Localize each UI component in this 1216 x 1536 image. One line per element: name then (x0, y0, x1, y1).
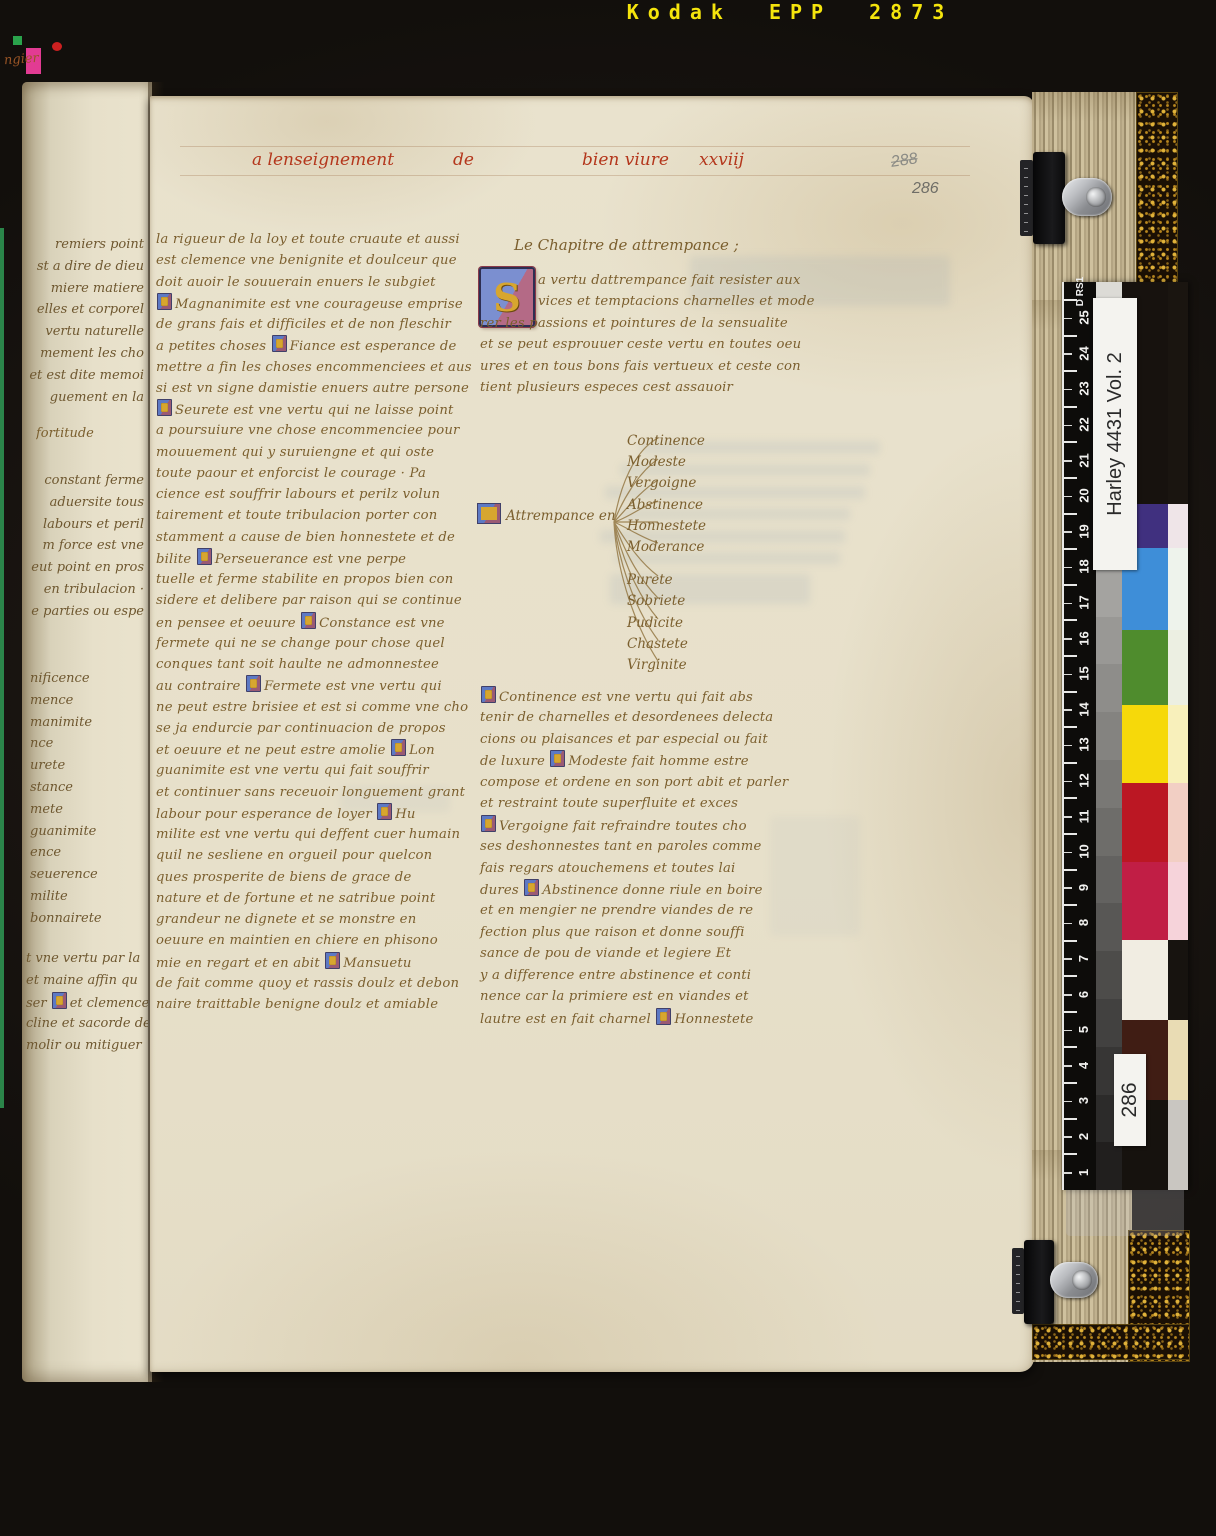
manuscript-page: a lenseignement de bien viure xxviij 288… (150, 96, 1034, 1372)
ruler-number: 14 (1064, 692, 1098, 728)
tint-patch-crimson (1168, 862, 1188, 940)
ruler-number: 15 (1064, 656, 1098, 692)
fore-edge-middle (1032, 300, 1062, 1200)
virtue-item: Chastete (627, 634, 706, 655)
manuscript-text-line: cions ou plaisances et par especial ou f… (480, 729, 810, 750)
illuminated-initial (301, 612, 316, 629)
tint-patch-purple (1168, 504, 1188, 548)
virtue-item: Vergoigne (627, 473, 706, 494)
manuscript-text-line: au contraire Fermete est vne vertu qui (156, 675, 462, 696)
facing-page-text-line: elles et corporel (22, 299, 144, 321)
manuscript-text-line: nature et de fortune et ne satribue poin… (156, 888, 462, 909)
ruler-number: 7 (1064, 941, 1098, 977)
grayscale-step (1096, 712, 1122, 760)
grayscale-step (1096, 856, 1122, 904)
manuscript-text-line: lautre est en fait charnel Honnestete (480, 1008, 810, 1029)
manuscript-text-line: tient plusieurs especes cest assauoir (480, 377, 810, 398)
virtue-item: Abstinence (627, 495, 706, 516)
right-column-paragraph-2: Continence est vne vertu qui fait absten… (480, 686, 810, 1029)
grayscale-step (1096, 664, 1122, 712)
binder-clip-top-handle (1062, 178, 1112, 216)
manuscript-text-line: et se peut esprouuer ceste vertu en tout… (480, 334, 810, 355)
illuminated-initial (325, 952, 340, 969)
film-edge-speck-green (13, 36, 22, 45)
manuscript-text-line: stamment a cause de bien honnestete et d… (156, 527, 462, 548)
facing-page-text-line: mence (30, 690, 152, 712)
virtue-list: ContinenceModesteVergoigneAbstinenceHonn… (627, 431, 706, 676)
grayscale-step (1096, 617, 1122, 665)
facing-page-text-line: mement les cho (22, 343, 144, 365)
manuscript-text-line: de grans fais et difficiles et de non fl… (156, 314, 462, 335)
binder-clip-bottom-handle (1050, 1262, 1098, 1298)
manuscript-text-line: tairement et toute tribulacion porter co… (156, 505, 462, 526)
facing-page-text-line: remiers point (22, 234, 144, 256)
manuscript-text-line: ne peut estre brisiee et est si comme vn… (156, 697, 462, 718)
facing-page-text-line: et maine affin qu (26, 970, 148, 992)
manuscript-text-line: ques prosperite de biens de grace de (156, 867, 462, 888)
tint-patch-white (1168, 940, 1188, 1020)
clip-rivet (1086, 187, 1106, 207)
color-patch-green (1122, 630, 1168, 705)
manuscript-text-line: oeuure en maintien en chiere en phisono (156, 930, 462, 951)
manuscript-text-line: labour pour esperance de loyer Hu (156, 803, 462, 824)
illuminated-initial (481, 815, 496, 832)
binder-clip-bottom-side (1012, 1248, 1024, 1314)
grayscale-step (1096, 951, 1122, 999)
manuscript-text-line: et oeuure et ne peut estre amolie Lon (156, 739, 462, 760)
manuscript-text-line: de luxure Modeste fait homme estre (480, 750, 810, 771)
facing-page-text-line: molir ou mitiguer (26, 1035, 148, 1057)
facing-page-text-line: miere matiere (22, 278, 144, 300)
photograph-of-manuscript: Kodak EPP 2873 remiers pointst a dire de… (0, 0, 1216, 1536)
facing-page-text-line: e parties ou espe (22, 601, 144, 623)
grayscale-step (1096, 1142, 1122, 1190)
illuminated-initial (391, 739, 406, 756)
manuscript-text-line: en pensee et oeuure Constance est vne (156, 612, 462, 633)
virtue-diagram-label: Attrempance en (477, 503, 616, 524)
facing-page-text-line: et est dite memoi (22, 365, 144, 387)
color-patch-red (1122, 783, 1168, 862)
ruling-line (180, 175, 970, 176)
virtue-item: Pudicite (627, 613, 706, 634)
facing-page-text-group2: constant fermeaduersite touslabours et p… (22, 470, 146, 623)
manuscript-text-line: vices et temptacions charnelles et mode (538, 291, 810, 312)
facing-page-text-line: constant ferme (22, 470, 144, 492)
ruler-number: 3 (1064, 1083, 1098, 1119)
manuscript-text-line: cience est souffrir labours et perilz vo… (156, 484, 462, 505)
manuscript-text-line: compose et ordene en son port abit et pa… (480, 772, 810, 793)
facing-page-text-group4: t vne vertu par laet maine affin quser e… (22, 948, 148, 1057)
illuminated-initial (550, 750, 565, 767)
manuscript-text-line: a vertu dattrempance fait resister aux (538, 270, 810, 291)
facing-page-text-line: guement en la (22, 387, 144, 409)
manuscript-text-line: ures et en tous bons fais vertueux et ce… (480, 356, 810, 377)
manuscript-text-line: tenir de charnelles et desordenees delec… (480, 707, 810, 728)
ruler-number: 5 (1064, 1012, 1098, 1048)
manuscript-text-line: nence car la primiere est en viandes et (480, 986, 810, 1007)
manuscript-text-line: fais regars atouchemens et toutes lai (480, 858, 810, 879)
manuscript-text-line: mouuement qui y suruiengne et qui oste (156, 442, 462, 463)
illuminated-initial (246, 675, 261, 692)
manuscript-text-line: sance de pou de viande et legiere Et (480, 943, 810, 964)
manuscript-text-line: sidere et delibere par raison qui se con… (156, 590, 462, 611)
tint-patch-green (1168, 630, 1188, 705)
folio-sticker-text: 286 (1114, 1054, 1146, 1146)
ruler-number: 17 (1064, 585, 1098, 621)
binder-clip-top (1033, 152, 1065, 244)
facing-page-text-line: aduersite tous (22, 492, 144, 514)
facing-page-text-line: manimite (30, 712, 152, 734)
gilt-binding-top (1136, 92, 1178, 304)
illuminated-initial (377, 803, 392, 820)
virtue-item: Honnestete (627, 516, 706, 537)
ruler-number: 10 (1064, 834, 1098, 870)
film-stock-label: Kodak EPP 2873 (565, 0, 1015, 26)
illuminated-initial (524, 879, 539, 896)
illuminated-initial (481, 686, 496, 703)
manuscript-text-line: et continuer sans receuoir longuement gr… (156, 782, 462, 803)
grayscale-step (1096, 903, 1122, 951)
ruler-number: 9 (1064, 870, 1098, 906)
facing-page-text-group3: nificencemencemanimitenceuretestancemete… (22, 668, 152, 930)
manuscript-text-line: dures Abstinence donne riule en boire (480, 879, 810, 900)
gilt-binding-bottom-horizontal (1032, 1324, 1190, 1360)
facing-page-text-line: nificence (30, 668, 152, 690)
grayscale-step (1096, 760, 1122, 808)
running-header-part1: a lenseignement (252, 150, 394, 170)
color-patch-yellow (1122, 705, 1168, 783)
facing-page-text-line: milite (30, 886, 152, 908)
binder-clip-top-side (1020, 160, 1033, 236)
manuscript-text-line: mie en regart et en abit Mansuetu (156, 952, 462, 973)
illuminated-initial (52, 992, 67, 1009)
illuminated-initial (157, 399, 172, 416)
facing-page-text-line: guanimite (30, 821, 152, 843)
virtue-item: Sobriete (627, 591, 706, 612)
facing-page-header-fragment: ngier (4, 51, 40, 68)
facing-page-text-line: seuerence (30, 864, 152, 886)
film-edge-speck-red (52, 42, 62, 51)
virtue-item: Moderance (627, 537, 706, 558)
facing-page-text-line: cline et sacorde de (26, 1013, 148, 1035)
virtue-item: Continence (627, 431, 706, 452)
tint-patch-yellow (1168, 705, 1188, 783)
manuscript-text-line: doit auoir le souuerain enuers le subgie… (156, 272, 462, 293)
grayscale-step (1096, 999, 1122, 1047)
manuscript-text-line: et restraint toute superfluite et exces (480, 793, 810, 814)
facing-page-text-line: t vne vertu par la (26, 948, 148, 970)
facing-page-text-line: en tribulacion · (22, 579, 144, 601)
right-column-paragraph-1: a vertu dattrempance fait resister auxvi… (480, 270, 810, 399)
facing-page-text-line: eut point en pros (22, 557, 144, 579)
manuscript-text-line: Continence est vne vertu qui fait abs (480, 686, 810, 707)
color-calibration-bar: D RS1 2524232221201918171615141312111098… (1062, 282, 1188, 1190)
folio-number: 286 (912, 180, 939, 198)
facing-page-text-line: stance (30, 777, 152, 799)
manuscript-text-line: conques tant soit haulte ne admonnestee (156, 654, 462, 675)
ruler-number: 13 (1064, 727, 1098, 763)
manuscript-text-line: la rigueur de la loy et toute cruaute et… (156, 229, 462, 250)
manuscript-text-line: Vergoigne fait refraindre toutes cho (480, 815, 810, 836)
tint-patch-black-bottom (1168, 1100, 1188, 1190)
facing-page-text-group1: remiers pointst a dire de dieumiere mati… (22, 234, 146, 408)
illuminated-initial (197, 548, 212, 565)
tint-patch-black-top (1168, 282, 1188, 504)
running-header-part2: de (453, 150, 474, 170)
illuminated-initial (157, 293, 172, 310)
grayscale-step (1096, 569, 1122, 617)
facing-page-text-line: ence (30, 842, 152, 864)
manuscript-text-line: est clemence vne benignite et doulceur q… (156, 250, 462, 271)
ruler-number: 6 (1064, 976, 1098, 1012)
ruler-number: 12 (1064, 763, 1098, 799)
manuscript-text-line: bilite Perseuerance est vne perpe (156, 548, 462, 569)
manuscript-text-line: si est vn signe damistie enuers autre pe… (156, 378, 462, 399)
ruler-number: 2 (1064, 1119, 1098, 1155)
facing-page-text-line: mete (30, 799, 152, 821)
ruler-number: 8 (1064, 905, 1098, 941)
calibration-bar-translucent-end (1066, 1190, 1184, 1236)
manuscript-text-line: Magnanimite est vne courageuse emprise (156, 293, 462, 314)
facing-page-text-line: nce (30, 733, 152, 755)
manuscript-text-line: fection plus que raison et donne souffi (480, 922, 810, 943)
facing-page-text-line: urete (30, 755, 152, 777)
shelfmark-label-text: Harley 4431 Vol. 2 (1093, 298, 1137, 570)
chapter-heading: Le Chapitre de attrempance ; (514, 236, 739, 254)
manuscript-text-line: mettre a fin les choses encommenciees et… (156, 357, 462, 378)
folio-number-crossed-out: 288 (890, 150, 919, 172)
illuminated-initial (272, 335, 287, 352)
manuscript-text-line: a poursuiure vne chose encommenciee pour (156, 420, 462, 441)
virtue-item: Modeste (627, 452, 706, 473)
facing-page-text-line: bonnairete (30, 908, 152, 930)
left-text-column: la rigueur de la loy et toute cruaute et… (156, 229, 462, 1015)
manuscript-text-line: toute paour et enforcist le courage · Pa (156, 463, 462, 484)
manuscript-text-line: naire traittable benigne doulz et amiabl… (156, 994, 462, 1015)
tint-patch-blue (1168, 548, 1188, 630)
ruling-line (180, 146, 970, 147)
tint-patch-brown (1168, 1020, 1188, 1100)
manuscript-text-line: a petites choses Fiance est esperance de (156, 335, 462, 356)
manuscript-text-line: Seurete est vne vertu qui ne laisse poin… (156, 399, 462, 420)
manuscript-text-line: y a difference entre abstinence et conti (480, 965, 810, 986)
tint-patch-red (1168, 783, 1188, 862)
manuscript-text-line: fermete qui ne se change pour chose quel (156, 633, 462, 654)
grayscale-step (1096, 808, 1122, 856)
manuscript-text-line: de fait comme quoy et rassis doulz et de… (156, 973, 462, 994)
manuscript-text-line: quil ne sesliene en orgueil pour quelcon (156, 845, 462, 866)
facing-page-text-line: st a dire de dieu (22, 256, 144, 278)
virtue-item: Virginite (627, 655, 706, 676)
manuscript-text-line: ses deshonnestes tant en paroles comme (480, 836, 810, 857)
manuscript-text-line: guanimite est vne vertu qui fait souffri… (156, 760, 462, 781)
ruler-number: 4 (1064, 1047, 1098, 1083)
manuscript-text-line: se ja endurcie par continuacion de propo… (156, 718, 462, 739)
illuminated-initial (477, 503, 501, 524)
color-patch-crimson (1122, 862, 1168, 940)
running-header-numeral: xxviij (699, 150, 744, 170)
color-patch-white (1122, 940, 1168, 1020)
facing-page-text-line: ser et clemence (26, 992, 148, 1014)
ruler-number: 16 (1064, 620, 1098, 656)
facing-page-text-line: labours et peril (22, 514, 144, 536)
manuscript-text-line: milite est vne vertu qui deffent cuer hu… (156, 824, 462, 845)
manuscript-text-line: tuelle et ferme stabilite en propos bien… (156, 569, 462, 590)
tint-patch-strip (1168, 282, 1188, 1190)
manuscript-text-line: et en mengier ne prendre viandes de re (480, 900, 810, 921)
ruler-number: 1 (1064, 1154, 1098, 1190)
shelfmark-label: Harley 4431 Vol. 2 (1093, 298, 1137, 570)
manuscript-text-line: grandeur ne dignete et se monstre en (156, 909, 462, 930)
facing-page-text-line: m force est vne (22, 535, 144, 557)
ruler-number: 11 (1064, 798, 1098, 834)
illuminated-initial (656, 1008, 671, 1025)
virtue-item: Purete (627, 570, 706, 591)
facing-page-rubric: fortitude (22, 423, 158, 445)
clip-rivet (1072, 1270, 1092, 1290)
facing-page-text-line: vertu naturelle (22, 321, 144, 343)
running-header-part3: bien viure (582, 150, 669, 170)
folio-sticker-label: 286 (1114, 1054, 1146, 1146)
facing-page-rubric-text: fortitude (36, 423, 158, 445)
manuscript-text-line: rer les passions et pointures de la sens… (480, 313, 810, 334)
facing-page-edge: remiers pointst a dire de dieumiere mati… (22, 82, 152, 1382)
film-edge-artifact (0, 228, 4, 1108)
